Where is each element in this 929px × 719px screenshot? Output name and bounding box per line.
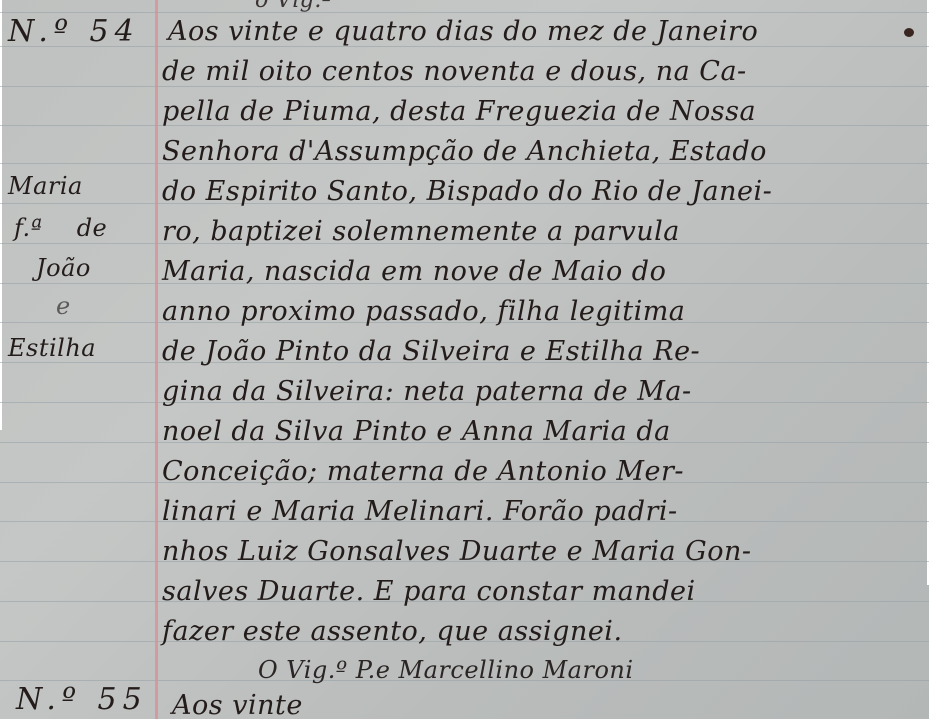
entry-line: noel da Silva Pinto e Anna Maria da [162, 416, 671, 447]
ink-blot [904, 28, 914, 37]
entry-number: N.º 55 [16, 682, 148, 717]
margin-note-and: e [56, 292, 71, 320]
entry-line: nhos Luiz Gonsalves Duarte e Maria Gon- [162, 536, 752, 567]
margin-line [155, 0, 158, 719]
margin-note-father: João [36, 254, 91, 282]
margin-note-mother: Estilha [8, 334, 96, 362]
entry-line: Maria, nascida em nove de Maio do [162, 256, 666, 287]
entry-line: gina da Silveira: neta paterna de Ma- [162, 376, 692, 407]
margin-note-name: Maria [8, 172, 83, 200]
margin-note-daughter-of: f.ª de [14, 214, 107, 242]
scan-edge-left [0, 0, 2, 430]
entry-line: Senhora d'Assumpção de Anchieta, Estado [162, 136, 767, 167]
entry-line: salves Duarte. E para constar mandei [162, 576, 696, 607]
entry-line: anno proximo passado, filha legitima [162, 296, 685, 327]
entry-number: N.º 54 [8, 14, 140, 49]
entry-line: pella de Piuma, desta Freguezia de Nossa [162, 96, 756, 127]
entry-line: linari e Maria Melinari. Forão padri- [162, 496, 678, 527]
priest-signature: O Vig.º P.e Marcellino Maroni [258, 656, 634, 684]
entry-line: ro, baptizei solemnemente a parvula [162, 216, 680, 247]
entry-line: Aos vinte e quatro dias do mez de Janeir… [168, 16, 758, 47]
entry-line: de mil oito centos noventa e dous, na Ca… [162, 56, 747, 87]
entry-line: de João Pinto da Silveira e Estilha Re- [162, 336, 700, 367]
entry-line: Aos vinte [172, 690, 303, 719]
previous-entry-fragment: o Vig.º [255, 0, 333, 13]
register-page: o Vig.º N.º 54 Maria f.ª de João e Estil… [0, 0, 929, 719]
entry-line: Conceição; materna de Antonio Mer- [162, 456, 684, 487]
entry-line: fazer este assento, que assignei. [162, 616, 623, 647]
ruled-line [0, 12, 929, 13]
entry-line: do Espirito Santo, Bispado do Rio de Jan… [162, 176, 772, 207]
